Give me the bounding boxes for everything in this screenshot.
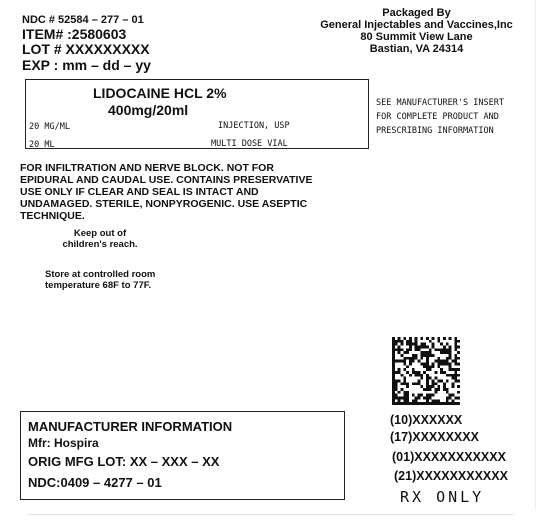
rx-only: RX ONLY <box>400 488 484 506</box>
drug-volume: 20 ML <box>29 140 55 150</box>
gs1-serial-line: (21)XXXXXXXXXXX <box>394 469 508 483</box>
gs1-gtin-line: (01)XXXXXXXXXXX <box>392 450 506 464</box>
gs1-lot-line: (10)XXXXXX <box>390 413 462 427</box>
instruction-line: USE ONLY IF CLEAR AND SEAL IS INTACT AND <box>20 186 312 198</box>
packager-name: General Injectables and Vaccines,Inc <box>290 19 543 31</box>
expiration-date: EXP : mm – dd – yy <box>22 57 151 73</box>
packager-heading: Packaged By <box>290 7 543 19</box>
right-edge-rule <box>535 0 536 510</box>
keep-out-warning: Keep out of children's reach. <box>20 228 180 250</box>
instruction-line: UNDAMAGED. STERILE, NONPYROGENIC. USE AS… <box>20 198 312 210</box>
usage-instructions: FOR INFILTRATION AND NERVE BLOCK. NOT FO… <box>20 162 312 222</box>
packager-info: Packaged By General Injectables and Vacc… <box>290 7 543 55</box>
ndc-number: NDC # 52584 – 277 – 01 <box>22 14 144 26</box>
item-number: ITEM# :2580603 <box>22 26 126 42</box>
instruction-line: EPIDURAL AND CAUDAL USE. CONTAINS PRESER… <box>20 174 312 186</box>
storage-instructions: Store at controlled room temperature 68F… <box>45 269 155 291</box>
drug-box: LIDOCAINE HCL 2% 400mg/20ml 20 MG/ML 20 … <box>25 79 369 149</box>
instruction-line: TECHNIQUE. <box>20 210 312 222</box>
manufacturer-orig-lot: ORIG MFG LOT: XX – XXX – XX <box>28 454 219 469</box>
drug-label: NDC # 52584 – 277 – 01 ITEM# :2580603 LO… <box>0 0 543 522</box>
manufacturer-name: Mfr: Hospira <box>28 436 99 450</box>
storage-line: temperature 68F to 77F. <box>45 280 155 291</box>
manufacturer-title: MANUFACTURER INFORMATION <box>28 419 232 434</box>
drug-container: MULTI DOSE VIAL <box>211 139 288 149</box>
lot-number: LOT # XXXXXXXXX <box>22 41 150 57</box>
packager-city: Bastian, VA 24314 <box>290 43 543 55</box>
insert-notice-line: PRESCRIBING INFORMATION <box>376 124 504 138</box>
insert-notice: SEE MANUFACTURER'S INSERT FOR COMPLETE P… <box>376 96 504 138</box>
drug-form: INJECTION, USP <box>218 121 290 131</box>
instruction-line: FOR INFILTRATION AND NERVE BLOCK. NOT FO… <box>20 162 312 174</box>
manufacturer-box: MANUFACTURER INFORMATION Mfr: Hospira OR… <box>20 411 345 500</box>
storage-line: Store at controlled room <box>45 269 155 280</box>
bottom-edge-rule <box>28 514 514 515</box>
insert-notice-line: FOR COMPLETE PRODUCT AND <box>376 110 504 124</box>
packager-street: 80 Summit View Lane <box>290 31 543 43</box>
drug-concentration: 20 MG/ML <box>29 122 70 132</box>
keep-out-line: children's reach. <box>20 239 180 250</box>
drug-name: LIDOCAINE HCL 2% <box>93 85 227 101</box>
datamatrix-barcode-icon <box>392 337 460 405</box>
insert-notice-line: SEE MANUFACTURER'S INSERT <box>376 96 504 110</box>
gs1-expiry-line: (17)XXXXXXXX <box>390 430 479 444</box>
keep-out-line: Keep out of <box>20 228 180 239</box>
manufacturer-ndc: NDC:0409 – 4277 – 01 <box>28 475 162 490</box>
drug-strength: 400mg/20ml <box>108 102 188 118</box>
